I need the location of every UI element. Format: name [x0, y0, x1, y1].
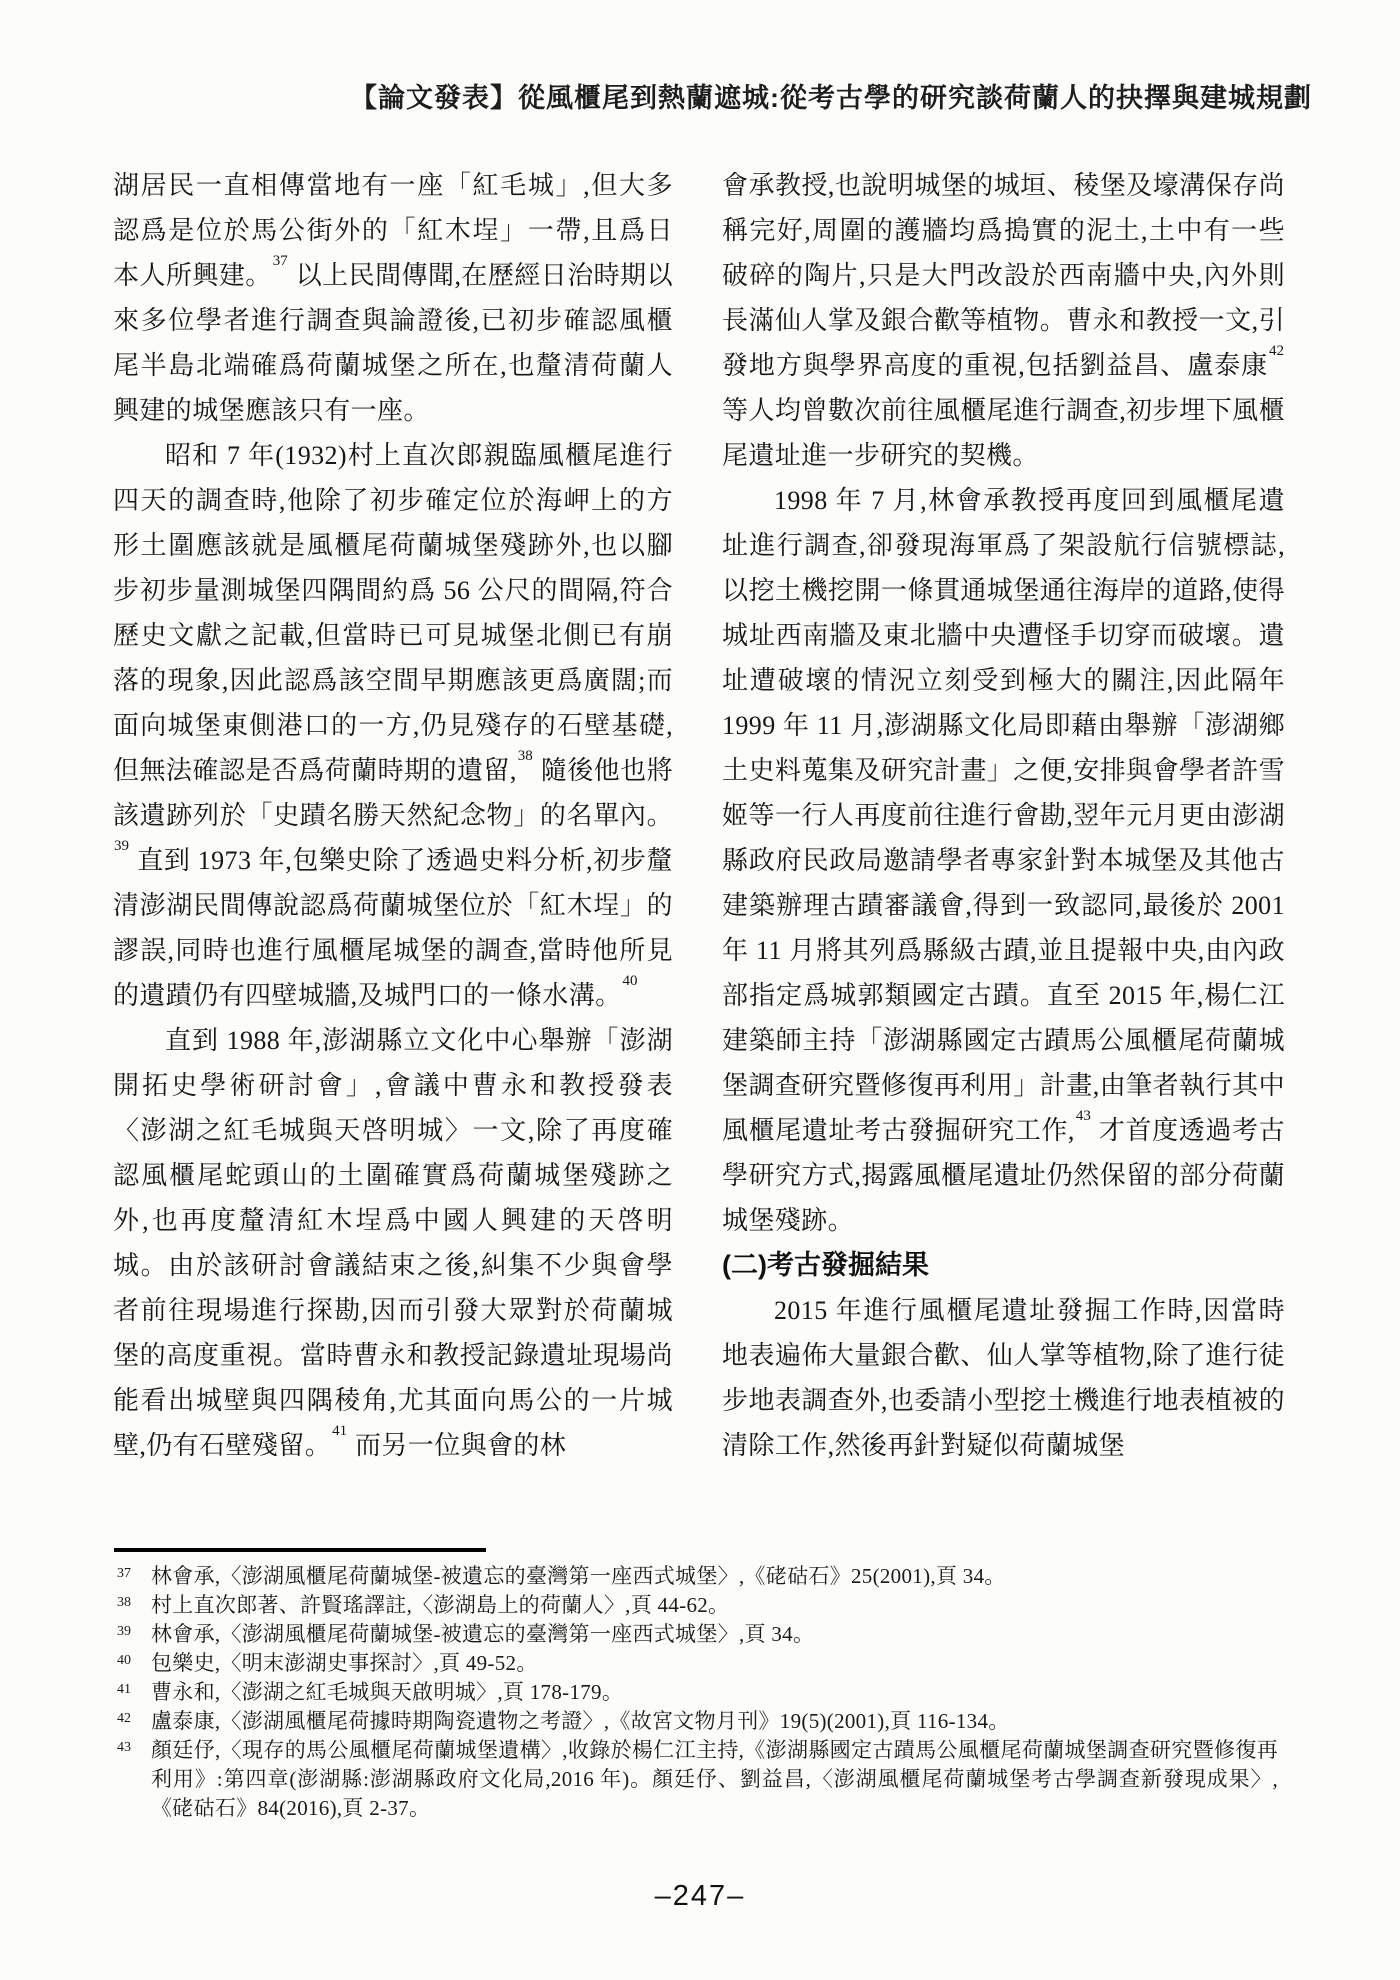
footnote-item: 41曹永和,〈澎湖之紅毛城與天啟明城〉,頁 178-179。: [113, 1678, 1278, 1707]
footnote-number: 41: [117, 1675, 131, 1704]
footnote-text: 林會承,〈澎湖風櫃尾荷蘭城堡-被遺忘的臺灣第一座西式城堡〉,頁 34。: [151, 1622, 814, 1646]
footnote-text: 曹永和,〈澎湖之紅毛城與天啟明城〉,頁 178-179。: [151, 1680, 623, 1704]
footnote-item: 40包樂史,〈明末澎湖史事探討〉,頁 49-52。: [113, 1649, 1278, 1678]
footnote-number: 39: [117, 1617, 131, 1646]
right-column: 會承教授,也說明城堡的城垣、稜堡及壕溝保存尚稱完好,周圍的護牆均爲搗實的泥土,土…: [722, 163, 1285, 1468]
paragraph: 湖居民一直相傳當地有一座「紅毛城」,但大多認爲是位於馬公街外的「紅木埕」一帶,且…: [113, 163, 673, 433]
footnote-separator: [114, 1548, 486, 1552]
footnote-number: 42: [117, 1704, 131, 1733]
footnote-number: 40: [117, 1646, 131, 1675]
page: 【論文發表】從風櫃尾到熱蘭遮城:從考古學的研究談荷蘭人的抉擇與建城規劃 湖居民一…: [0, 0, 1400, 1980]
footnote-ref: 38: [518, 748, 533, 764]
footnote-ref: 41: [332, 1423, 347, 1439]
footnote-ref: 42: [1269, 343, 1284, 359]
paragraph: 直到 1988 年,澎湖縣立文化中心舉辦「澎湖開拓史學術研討會」,會議中曹永和教…: [113, 1018, 673, 1468]
paragraph: 2015 年進行風櫃尾遺址發掘工作時,因當時地表遍佈大量銀合歡、仙人掌等植物,除…: [722, 1288, 1285, 1468]
footnote-text: 顏廷伃,〈現存的馬公風櫃尾荷蘭城堡遺構〉,收錄於楊仁江主持,《澎湖縣國定古蹟馬公…: [151, 1738, 1278, 1820]
left-column: 湖居民一直相傳當地有一座「紅毛城」,但大多認爲是位於馬公街外的「紅木埕」一帶,且…: [113, 163, 673, 1468]
footnote-item: 39林會承,〈澎湖風櫃尾荷蘭城堡-被遺忘的臺灣第一座西式城堡〉,頁 34。: [113, 1620, 1278, 1649]
footnote-text: 包樂史,〈明末澎湖史事探討〉,頁 49-52。: [151, 1651, 538, 1675]
footnotes: 37林會承,〈澎湖風櫃尾荷蘭城堡-被遺忘的臺灣第一座西式城堡〉,《硓𥑮石》25(…: [113, 1562, 1278, 1823]
paragraph: 1998 年 7 月,林會承教授再度回到風櫃尾遺址進行調查,卻發現海軍爲了架設航…: [722, 478, 1285, 1243]
footnote-text: 林會承,〈澎湖風櫃尾荷蘭城堡-被遺忘的臺灣第一座西式城堡〉,《硓𥑮石》25(20…: [151, 1564, 1006, 1588]
footnote-item: 37林會承,〈澎湖風櫃尾荷蘭城堡-被遺忘的臺灣第一座西式城堡〉,《硓𥑮石》25(…: [113, 1562, 1278, 1591]
section-heading: (二)考古發掘結果: [722, 1243, 1285, 1288]
running-header: 【論文發表】從風櫃尾到熱蘭遮城:從考古學的研究談荷蘭人的抉擇與建城規劃: [0, 82, 1312, 114]
footnote-text: 村上直次郎著、許賢瑤譯註,〈澎湖島上的荷蘭人〉,頁 44-62。: [151, 1593, 729, 1617]
footnote-number: 43: [117, 1733, 131, 1762]
footnote-ref: 43: [1076, 1108, 1091, 1124]
footnote-item: 42盧泰康,〈澎湖風櫃尾荷據時期陶瓷遺物之考證〉,《故宮文物月刊》19(5)(2…: [113, 1707, 1278, 1736]
footnote-number: 38: [117, 1588, 131, 1617]
footnote-ref: 37: [273, 253, 288, 269]
footnote-ref: 40: [623, 973, 638, 989]
footnote-item: 38村上直次郎著、許賢瑤譯註,〈澎湖島上的荷蘭人〉,頁 44-62。: [113, 1591, 1278, 1620]
footnote-number: 37: [117, 1559, 131, 1588]
footnote-ref: 39: [114, 838, 129, 854]
footnote-item: 43顏廷伃,〈現存的馬公風櫃尾荷蘭城堡遺構〉,收錄於楊仁江主持,《澎湖縣國定古蹟…: [113, 1736, 1278, 1823]
page-number: –247–: [0, 1880, 1400, 1913]
footnote-text: 盧泰康,〈澎湖風櫃尾荷據時期陶瓷遺物之考證〉,《故宮文物月刊》19(5)(200…: [151, 1709, 1010, 1733]
paragraph: 會承教授,也說明城堡的城垣、稜堡及壕溝保存尚稱完好,周圍的護牆均爲搗實的泥土,土…: [722, 163, 1285, 478]
paragraph: 昭和 7 年(1932)村上直次郎親臨風櫃尾進行四天的調查時,他除了初步確定位於…: [113, 433, 673, 1018]
